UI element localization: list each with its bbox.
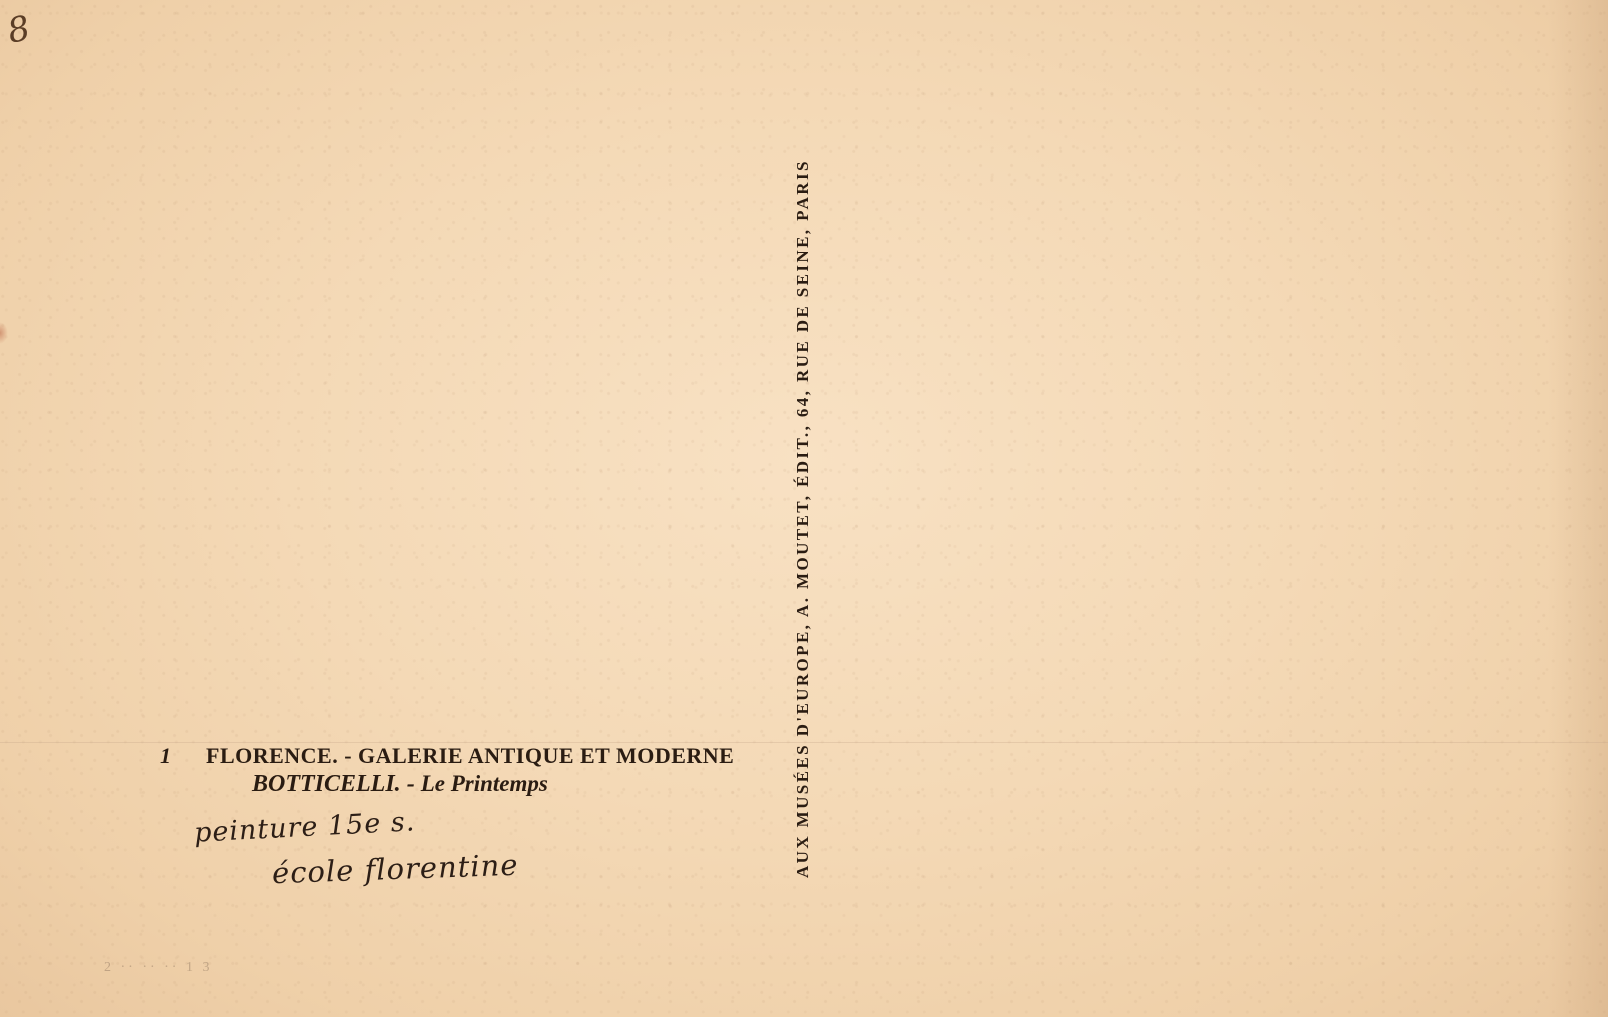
printed-caption: 1FLORENCE. - GALERIE ANTIQUE ET MODERNE … xyxy=(160,743,734,798)
paper-edge-shadow xyxy=(1548,0,1608,1017)
caption-number: 1 xyxy=(160,743,206,769)
caption-separator: - xyxy=(401,771,421,797)
handwritten-note-century: peinture 15e s. xyxy=(193,806,416,849)
faded-stamp-text: 2 ·· ·· ·· 1 3 xyxy=(104,960,212,976)
caption-artist: BOTTICELLI. xyxy=(252,771,401,797)
handwritten-note-school: école florentine xyxy=(271,848,519,891)
corner-handwritten-number: 8 xyxy=(4,8,33,52)
caption-line-location: 1FLORENCE. - GALERIE ANTIQUE ET MODERNE xyxy=(160,743,734,769)
postcard-back: 8 1FLORENCE. - GALERIE ANTIQUE ET MODERN… xyxy=(0,0,1608,1017)
edge-stain xyxy=(0,322,8,344)
caption-title: Le Printemps xyxy=(421,771,548,796)
caption-line-artwork: BOTTICELLI. - Le Printemps xyxy=(252,771,734,798)
caption-location: FLORENCE. - GALERIE ANTIQUE ET MODERNE xyxy=(206,743,734,768)
publisher-imprint-vertical: AUX MUSÉES D'EUROPE, A. MOUTET, ÉDIT., 6… xyxy=(788,43,818,878)
